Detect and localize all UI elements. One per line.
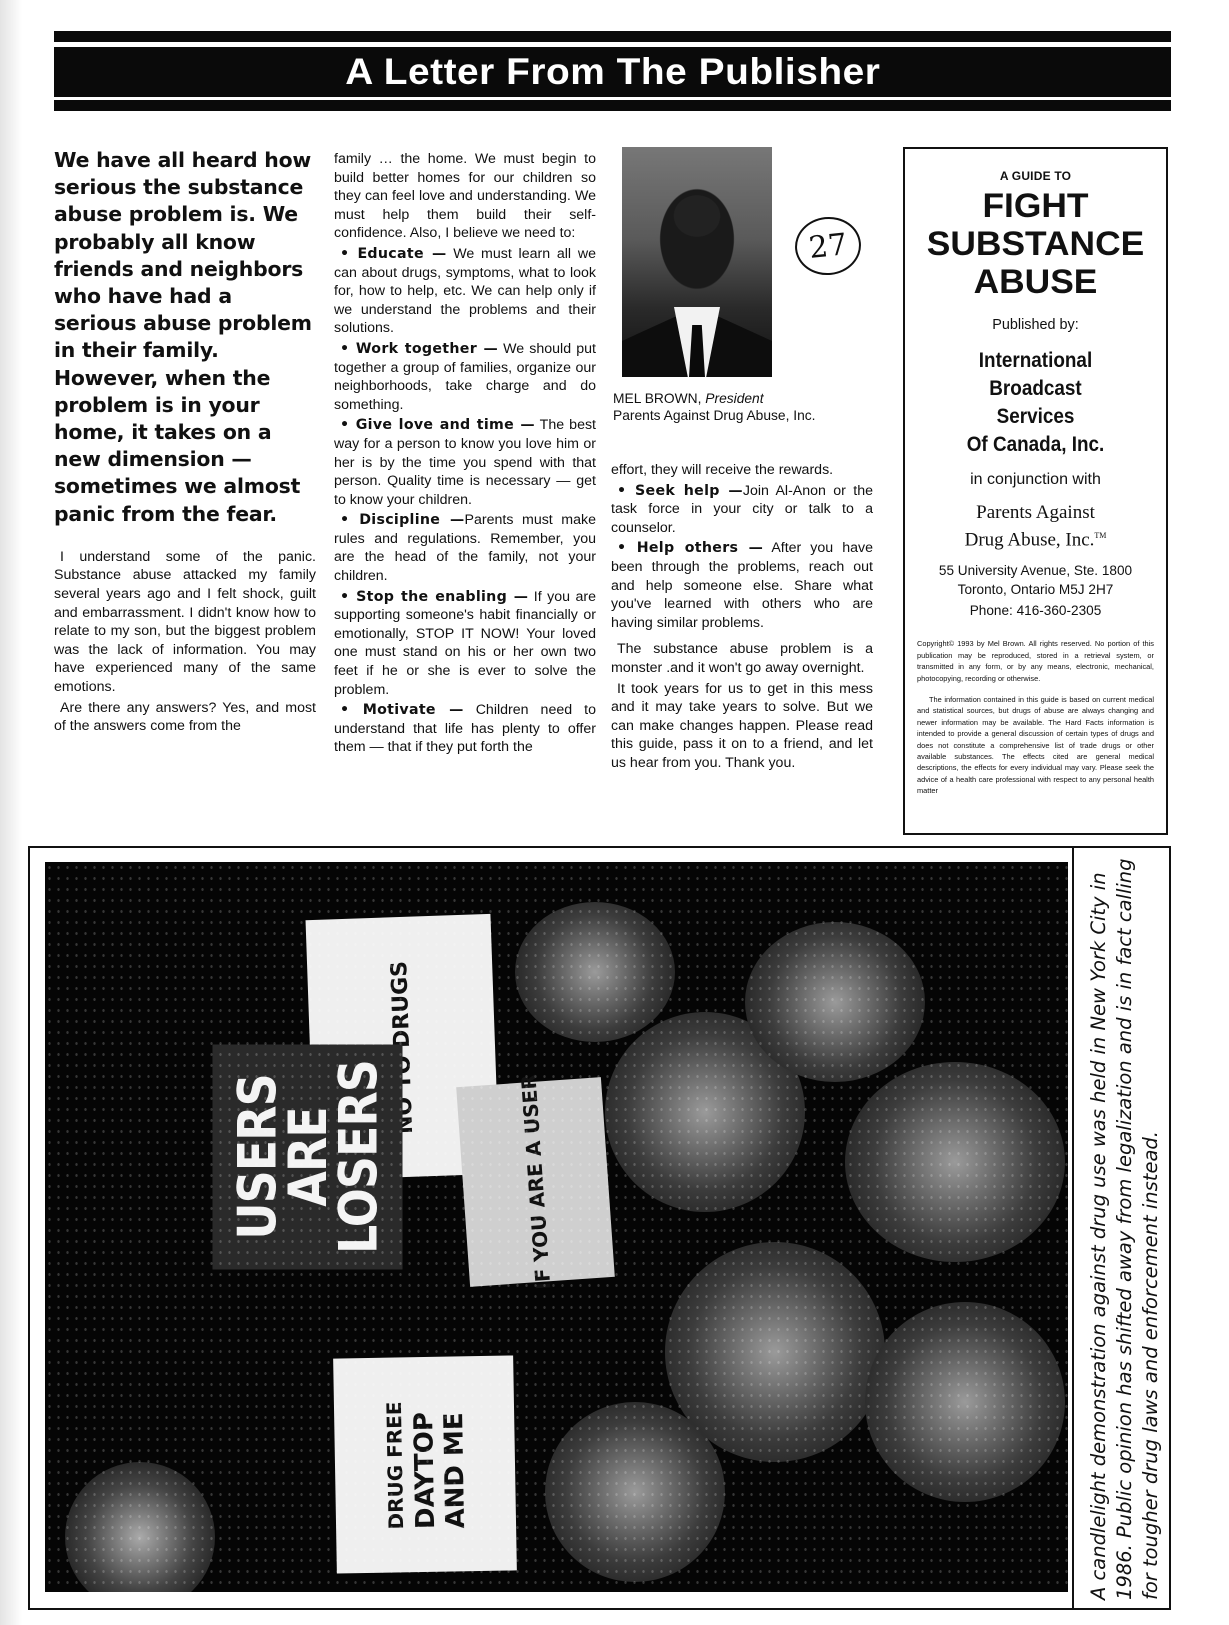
letter-column-2: family … the home. We must begin to buil… [334,150,596,759]
header-rule-bottom [54,100,1171,111]
body-paragraph: effort, they will receive the rewards. [611,461,873,480]
scan-gutter [0,0,22,1625]
author-org: Parents Against Drug Abuse, Inc. [613,407,873,424]
portrait-caption: MEL BROWN, President Parents Against Dru… [613,390,873,424]
conjunction-label: in conjunction with [905,471,1166,489]
bullet-item-seek-help: • Seek help —Join Al-Anon or the task fo… [611,482,873,538]
letter-column-3: effort, they will receive the rewards. •… [611,461,873,775]
photo-caption-text: A candlelight demonstration against drug… [1076,848,1168,1608]
bullet-item-educate: • Educate — We must learn all we can abo… [334,245,596,338]
guide-title: FIGHT SUBSTANCE ABUSE [900,187,1171,301]
body-paragraph: Are there any answers? Yes, and most of … [54,699,316,736]
published-by-label: Published by: [905,317,1166,333]
disclaimer-notice: The information contained in this guide … [905,694,1166,797]
page-title: A Letter From The Publisher [345,51,880,93]
bullet-item-help-others: • Help others — After you have been thro… [611,539,873,632]
bullet-item-stop-enabling: • Stop the enabling — If you are support… [334,588,596,700]
photo-grain [45,862,1068,1592]
partner-phone: Phone: 416-360-2305 [905,603,1166,618]
lead-paragraph: We have all heard how serious the substa… [54,147,316,528]
body-paragraph: I understand some of the panic. Substanc… [54,548,316,697]
bullet-item-motivate: • Motivate — Children need to understand… [334,701,596,757]
bullet-item-work-together: • Work together — We should put together… [334,340,596,414]
bullet-item-give-love: • Give love and time — The best way for … [334,416,596,509]
caption-divider [1072,846,1074,1610]
guide-info-box: A GUIDE TO FIGHT SUBSTANCE ABUSE Publish… [903,147,1168,835]
header-banner: A Letter From The Publisher [54,47,1171,97]
author-role: President [705,391,763,406]
closing-paragraph: It took years for us to get in this mess… [611,680,873,773]
header-rule-top [54,31,1171,42]
photo-caption: A candlelight demonstration against drug… [1076,848,1168,1608]
partner-name: Parents Against Drug Abuse, Inc.TM [905,501,1166,551]
guide-label: A GUIDE TO [905,169,1166,183]
publisher-name: International Broadcast Services Of Cana… [918,347,1153,459]
handwritten-page-number: 27 [792,214,864,279]
body-paragraph: family … the home. We must begin to buil… [334,150,596,243]
portrait-photo [622,147,772,377]
author-name: MEL BROWN, [613,391,701,406]
closing-paragraph: The substance abuse problem is a monster… [611,640,873,677]
trademark-mark: TM [1094,531,1106,540]
letter-column-1: We have all heard how serious the substa… [54,147,316,738]
copyright-notice: Copyright© 1993 by Mel Brown. All rights… [905,638,1166,684]
bullet-item-discipline: • Discipline —Parents must make rules an… [334,511,596,585]
partner-address: 55 University Avenue, Ste. 1800 Toronto,… [905,561,1166,599]
demonstration-photo: NO TO DRUGS USERS ARE LOSERS IF YOU ARE … [45,862,1068,1592]
